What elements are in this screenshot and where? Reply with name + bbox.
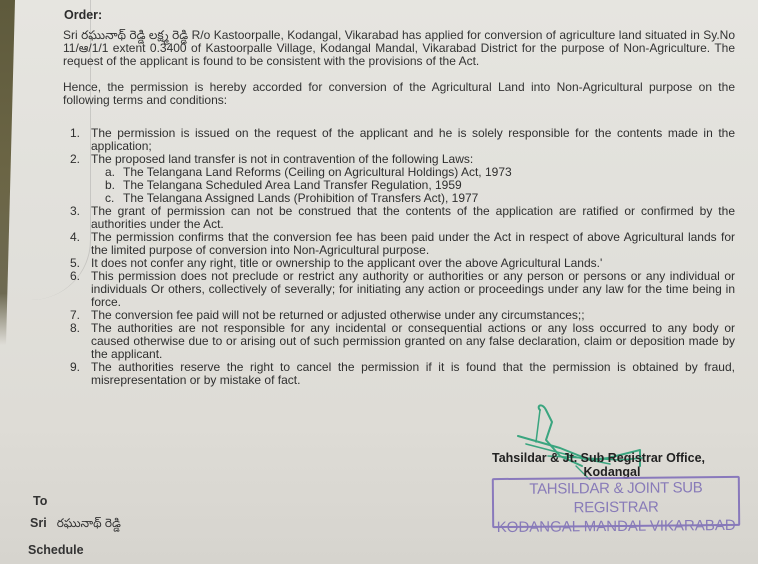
condition-item: 2.The proposed land transfer is not in c… [70,153,735,205]
to-label: To [33,494,47,508]
condition-item: 1.The permission is issued on the reques… [70,127,735,153]
recipient-salutation: Sri [30,516,47,530]
law-text: The Telangana Land Reforms (Ceiling on A… [123,165,512,179]
laws-sublist: a.The Telangana Land Reforms (Ceiling on… [91,166,735,205]
condition-item: 6.This permission does not preclude or r… [70,270,735,309]
stamp-line-1: TAHSILDAR & JOINT SUB REGISTRAR [494,478,738,518]
order-heading: Order: [64,8,102,22]
condition-item: 8.The authorities are not responsible fo… [70,322,735,361]
condition-number: 3. [70,205,80,218]
recipient-name: Sriరఘునాథ్ రెడ్డి [30,516,121,533]
condition-text: The grant of permission can not be const… [91,204,735,231]
condition-text: This permission does not preclude or res… [91,269,735,309]
condition-text: The conversion fee paid will not be retu… [91,308,585,322]
conditions-list: 1.The permission is issued on the reques… [70,127,735,387]
signatory-office: Tahsildar & Jt. Sub Registrar Office, [492,451,732,465]
condition-number: 6. [70,270,80,283]
condition-text: The authorities reserve the right to can… [91,360,735,387]
law-text: The Telangana Assigned Lands (Prohibitio… [123,191,478,205]
order-document: Order: Sri రఘునాథ్ రెడ్డి లక్ష్మ రెడ్డి … [0,0,758,564]
condition-item: 3.The grant of permission can not be con… [70,205,735,231]
law-text: The Telangana Scheduled Area Land Transf… [123,178,462,192]
condition-number: 4. [70,231,80,244]
condition-text: The proposed land transfer is not in con… [91,152,473,166]
schedule-label: Schedule [28,543,84,557]
condition-number: 2. [70,153,80,166]
condition-text: The permission is issued on the request … [91,126,735,153]
condition-item: 9.The authorities reserve the right to c… [70,361,735,387]
condition-number: 9. [70,361,80,374]
condition-number: 1. [70,127,80,140]
condition-text: The permission confirms that the convers… [91,230,735,257]
condition-text: The authorities are not responsible for … [91,321,735,361]
signatory-block: Tahsildar & Jt. Sub Registrar Office, Ko… [492,451,732,479]
stamp-line-2: KODANGAL MANDAL VIKARABAD [494,516,738,537]
recipient-telugu-name: రఘునాథ్ రెడ్డి [57,516,121,530]
condition-item: 4.The permission confirms that the conve… [70,231,735,257]
permission-paragraph: Hence, the permission is hereby accorded… [63,81,735,107]
application-paragraph: Sri రఘునాథ్ రెడ్డి లక్ష్మ రెడ్డి R/o Kas… [63,29,735,68]
official-stamp: TAHSILDAR & JOINT SUB REGISTRAR KODANGAL… [492,476,740,528]
condition-text: It does not confer any right, title or o… [91,256,602,270]
condition-number: 8. [70,322,80,335]
